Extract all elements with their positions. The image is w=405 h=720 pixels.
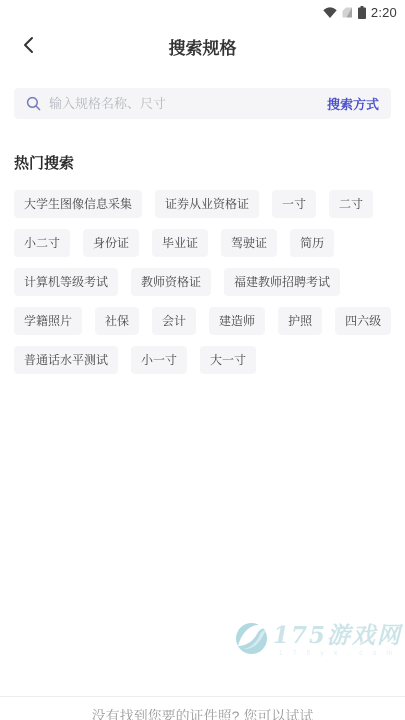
- status-bar: 2:20: [0, 0, 405, 24]
- wifi-icon: [323, 7, 337, 18]
- search-input[interactable]: [49, 96, 319, 111]
- hot-search-tag[interactable]: 驾驶证: [221, 229, 277, 257]
- watermark-logo-icon: [235, 622, 268, 660]
- hot-search-tag[interactable]: 简历: [290, 229, 334, 257]
- back-button[interactable]: [12, 30, 44, 62]
- search-section: 搜索方式: [14, 88, 391, 119]
- hot-search-tags: 大学生图像信息采集证券从业资格证一寸二寸小二寸身份证毕业证驾驶证简历计算机等级考…: [14, 190, 391, 374]
- hot-search-tag[interactable]: 大一寸: [200, 346, 256, 374]
- hot-search-tag[interactable]: 会计: [152, 307, 196, 335]
- hot-search-tag[interactable]: 一寸: [272, 190, 316, 218]
- no-sim-icon: [342, 7, 353, 18]
- magnifier-icon: [26, 96, 41, 111]
- tag-row: 学籍照片社保会计建造师护照四六级: [14, 307, 391, 335]
- site-watermark: 175游戏网 1 7 5 y x . c o m: [235, 622, 402, 660]
- screen: 2:20 搜索规格 搜索方式 热门搜索 大学生图像信息采集证券从业资格: [0, 0, 405, 720]
- watermark-brand: 175游戏网: [273, 624, 402, 648]
- hot-search-tag[interactable]: 四六级: [335, 307, 391, 335]
- hot-search-tag[interactable]: 建造师: [209, 307, 265, 335]
- watermark-subtext: 1 7 5 y x . c o m: [279, 650, 396, 658]
- hot-search-tag[interactable]: 毕业证: [152, 229, 208, 257]
- hot-search-tag[interactable]: 大学生图像信息采集: [14, 190, 142, 218]
- page-title: 搜索规格: [169, 34, 237, 59]
- search-mode-link[interactable]: 搜索方式: [327, 94, 379, 113]
- footer-hint: 没有找到您要的证件照? 您可以试试: [0, 706, 405, 720]
- hot-search-tag[interactable]: 计算机等级考试: [14, 268, 118, 296]
- tag-row: 大学生图像信息采集证券从业资格证一寸二寸: [14, 190, 391, 218]
- hot-search-tag[interactable]: 二寸: [329, 190, 373, 218]
- hot-search-tag[interactable]: 教师资格证: [131, 268, 211, 296]
- watermark-text: 175游戏网 1 7 5 y x . c o m: [273, 624, 402, 658]
- hot-search-tag[interactable]: 福建教师招聘考试: [224, 268, 340, 296]
- hot-search-tag[interactable]: 护照: [278, 307, 322, 335]
- tag-row: 计算机等级考试教师资格证福建教师招聘考试: [14, 268, 391, 296]
- hot-search-tag[interactable]: 普通话水平测试: [14, 346, 118, 374]
- nav-header: 搜索规格: [0, 24, 405, 68]
- status-time: 2:20: [371, 5, 397, 20]
- back-chevron-icon: [23, 36, 34, 57]
- hot-search-tag[interactable]: 小二寸: [14, 229, 70, 257]
- tag-row: 普通话水平测试小一寸大一寸: [14, 346, 391, 374]
- hot-search-tag[interactable]: 社保: [95, 307, 139, 335]
- footer-divider: [0, 696, 405, 697]
- hot-search-tag[interactable]: 小一寸: [131, 346, 187, 374]
- hot-search-tag[interactable]: 证券从业资格证: [155, 190, 259, 218]
- hot-search-title: 热门搜索: [14, 152, 391, 173]
- tag-row: 小二寸身份证毕业证驾驶证简历: [14, 229, 391, 257]
- battery-icon: [358, 6, 366, 19]
- hot-search-tag[interactable]: 学籍照片: [14, 307, 82, 335]
- search-bar: 搜索方式: [14, 88, 391, 119]
- hot-search-tag[interactable]: 身份证: [83, 229, 139, 257]
